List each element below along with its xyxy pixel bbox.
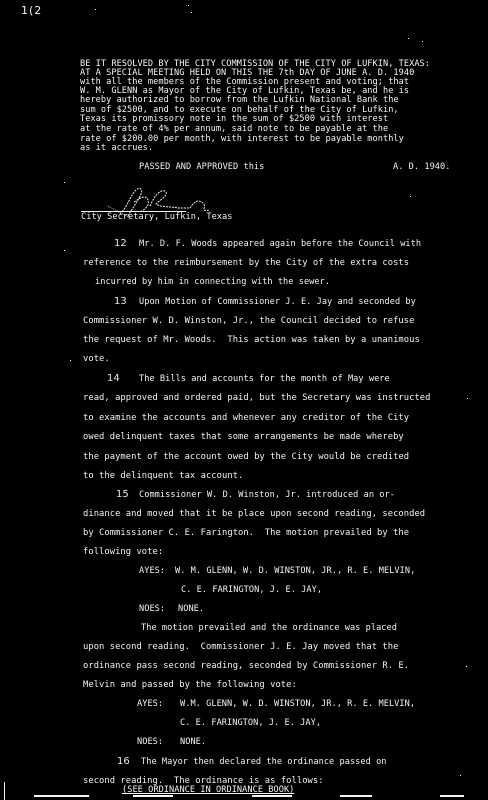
item-line: following vote: <box>83 547 163 557</box>
signature-title: City Secretary, Lufkin, Texas <box>81 212 233 222</box>
item-line: Commissioner W. D. Winston, Jr., the Cou… <box>83 316 414 326</box>
item-line: Upon Motion of Commissioner J. E. Jay an… <box>139 297 416 307</box>
scan-artifact-line <box>440 795 464 797</box>
scan-artifact-line <box>252 795 292 797</box>
item-line: Mr. D. F. Woods appeared again before th… <box>139 239 421 249</box>
scan-speck <box>188 5 189 6</box>
noes-value: NONE. <box>180 737 206 747</box>
scan-speck <box>70 360 71 361</box>
ayes-names: C. E. FARINGTON, J. E. JAY, <box>180 718 321 728</box>
item-line: vote. <box>83 354 110 364</box>
item-line: the request of Mr. Woods. This action wa… <box>83 335 420 345</box>
scan-artifact-line <box>133 795 173 797</box>
scan-artifact-line <box>340 795 372 797</box>
scan-speck <box>191 12 192 13</box>
margin-number: 15 <box>116 489 129 500</box>
ayes-label: AYES: <box>139 566 165 576</box>
item-line: to examine the accounts and whenever any… <box>83 413 409 423</box>
item-line: dinance and moved that it be place upon … <box>83 509 425 519</box>
margin-number: 12 <box>114 238 127 249</box>
ayes-names: W.M. GLENN, W. D. WINSTON, JR., R. E. ME… <box>180 699 415 709</box>
scan-speck <box>64 182 65 183</box>
resolution-line: hereby authorized to borrow from the Luf… <box>80 95 399 105</box>
item-line: The Mayor then declared the ordinance pa… <box>141 757 387 767</box>
margin-number: 13 <box>114 296 127 307</box>
item-line: owed delinquent taxes that some arrangem… <box>83 432 404 442</box>
passed-date: A. D. 1940. <box>393 162 450 172</box>
item-line: read, approved and ordered paid, but the… <box>83 393 431 403</box>
margin-number: 14 <box>107 373 120 384</box>
scan-speck <box>467 398 468 399</box>
ayes-names: C. E. FARINGTON, J. E. JAY, <box>181 585 322 595</box>
ayes-names: W. M. GLENN, W. D. WINSTON, JR., R. E. M… <box>175 566 415 576</box>
resolution-line: at the rate of 4% per annum, said note t… <box>80 124 388 134</box>
item-line: Melvin and passed by the following vote: <box>83 680 297 690</box>
passed-approved-label: PASSED AND APPROVED this <box>139 162 264 172</box>
item-line: upon second reading. Commissioner J. E. … <box>83 642 398 652</box>
scan-speck <box>408 38 409 39</box>
item-line: The Bills and accounts for the month of … <box>139 374 390 384</box>
resolution-line: as it accrues. <box>80 143 153 153</box>
scan-speck <box>95 9 96 10</box>
margin-number: 16 <box>117 756 130 767</box>
noes-label: NOES: <box>137 737 163 747</box>
resolution-line: Texas its promissory note in the sum of … <box>80 114 388 124</box>
item-line: the payment of the account owed by the C… <box>83 452 409 462</box>
item-line: to the delinquent tax account. <box>83 471 243 481</box>
item-line: incurred by him in connecting with the s… <box>95 277 330 287</box>
scan-speck <box>422 41 423 42</box>
item-line: The motion prevailed and the ordinance w… <box>141 623 397 633</box>
scan-speck <box>466 666 467 667</box>
noes-label: NOES: <box>139 604 165 614</box>
item-line: reference to the reimbursement by the Ci… <box>83 258 409 268</box>
noes-value: NONE. <box>178 604 204 614</box>
scan-speck <box>64 250 65 251</box>
scan-speck <box>410 196 411 197</box>
ayes-label: AYES: <box>137 699 163 709</box>
page-number: 1(2 <box>21 4 42 17</box>
scan-speck <box>460 775 461 776</box>
item-line: Commissioner W. D. Winston, Jr. introduc… <box>139 490 395 500</box>
item-line: ordinance pass second reading, seconded … <box>83 661 409 671</box>
item-line: by Commissioner C. E. Farington. The mot… <box>83 528 409 538</box>
scan-artifact-line <box>34 795 89 797</box>
scan-edge-line <box>4 782 5 800</box>
ordinance-note: (SEE ORDINANCE IN ORDINANCE BOOK) <box>122 785 294 795</box>
